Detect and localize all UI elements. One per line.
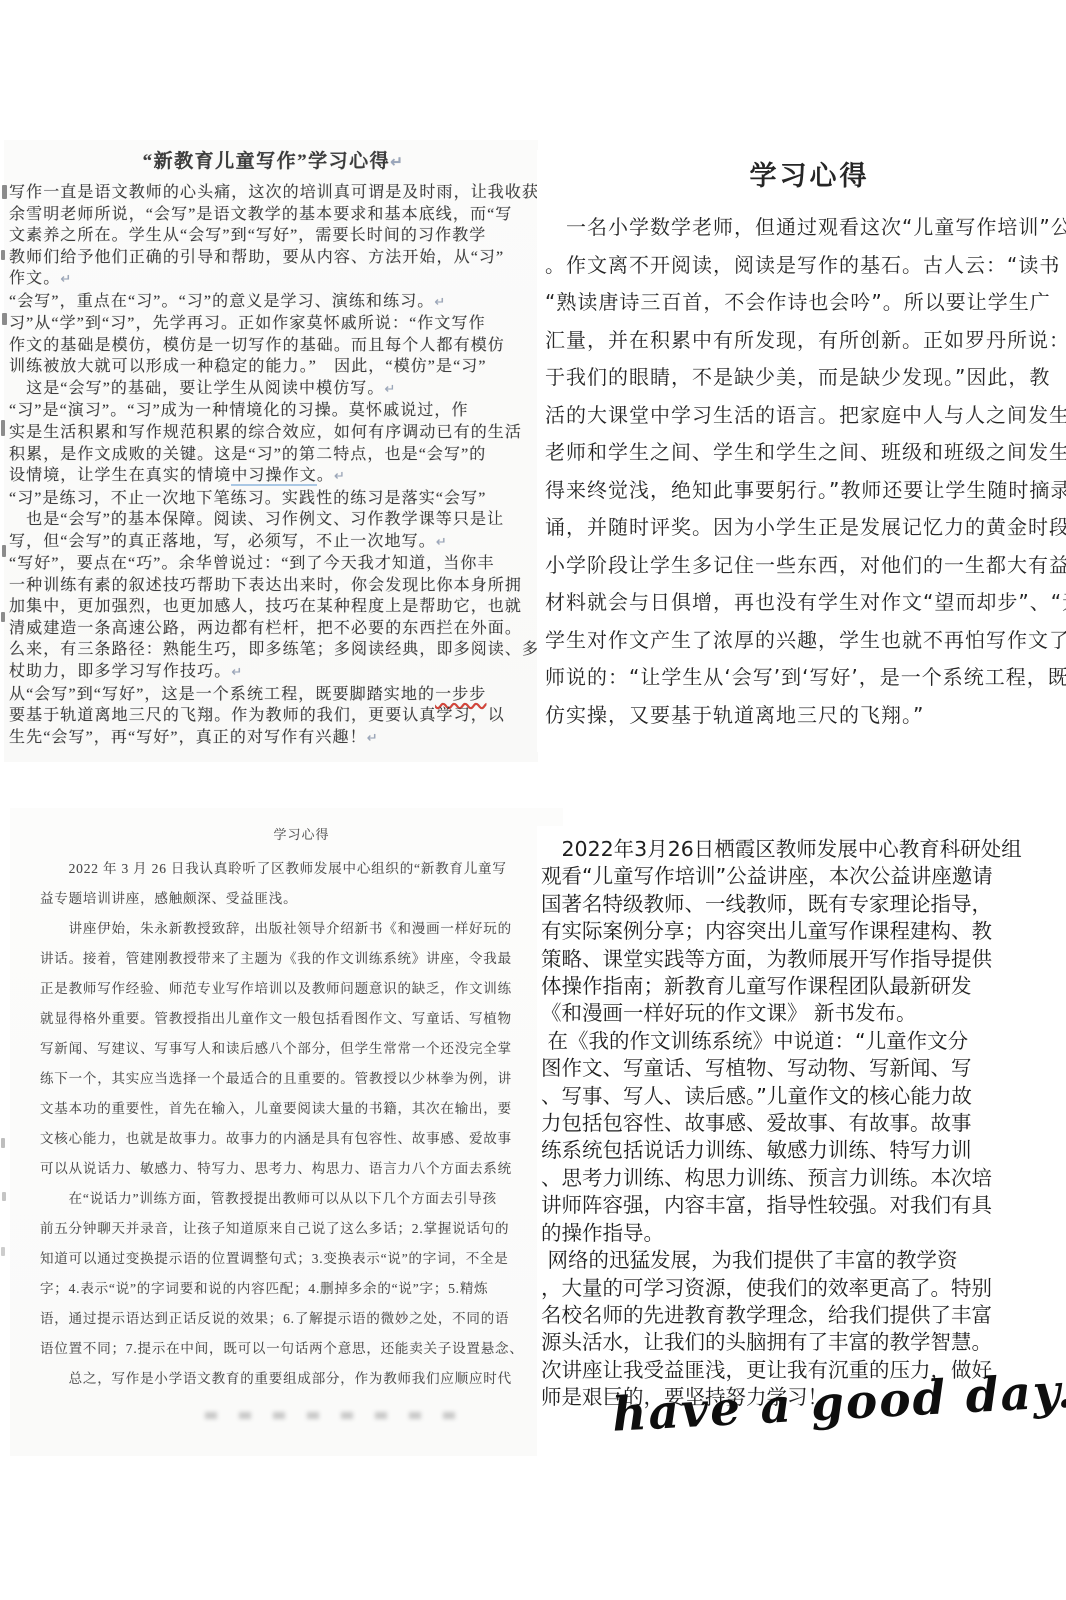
document-photo-top-right: 学习心得 一名小学数学老师，但通过观看这次“儿童写作培训”公益。作文离不开阅读，… <box>537 150 1066 752</box>
text-line: 训练被放大就可以形成一种稳定的能力。” 因此，“模仿”是“习” <box>9 356 538 378</box>
scan-artifact <box>1 420 5 436</box>
text-line: 写，但“会写”的真正落地，写，必须写，不止一次地写。↵ <box>9 531 538 554</box>
text-line: 生先“会写”，再“写好”，真正的对写作有兴趣！↵ <box>9 727 538 750</box>
paragraph-mark-icon: ↵ <box>334 469 346 484</box>
blue-underline: 中习操作文 <box>231 467 317 486</box>
text-line: “写好”，要点在“巧”。余华曾说过：“到了今天我才知道，当你丰 <box>9 553 538 575</box>
text-line: 总之，写作是小学语文教育的重要组成部分，作为教师我们应顺应时代 <box>40 1364 563 1394</box>
text-line: 材料就会与日俱增，再也没有学生对作文“望而却步”、“无 <box>545 584 1066 622</box>
text-line: 、思考力训练、构思力训练、预言力训练。本次培 <box>541 1165 1066 1192</box>
scan-artifact <box>1 612 5 622</box>
text-line: 图作文、写童话、写植物、写动物、写新闻、写 <box>541 1055 1066 1082</box>
scan-artifact <box>1 1247 5 1256</box>
text-line: 清威建造一条高速公路，两边都有栏杆，把不必要的东西拦在外面。 <box>9 618 538 640</box>
text-line: 实是生活积累和写作规范积累的综合效应，如何有序调动已有的生活 <box>9 422 538 444</box>
text-line: 在“说话力”训练方面，管教授提出教师可以从以下几个方面去引导孩 <box>40 1184 563 1214</box>
text-line: 字；4.表示“说”的字词要和说的内容匹配；4.删掉多余的“说”字；5.精炼 <box>40 1274 563 1304</box>
document-photo-top-left: “新教育儿童写作”学习心得↵ 写作一直是语文教师的心头痛，这次的培训真可谓是及时… <box>4 140 538 762</box>
text-line: 仿实操，又要基于轨道离地三尺的飞翔。” <box>545 697 1066 735</box>
text-line: 积累，是作文成败的关键。这是“习”的第二特点，也是“会写”的 <box>9 444 538 466</box>
doc-title-top-left: “新教育儿童写作”学习心得↵ <box>9 146 538 173</box>
text-line: 从“会写”到“写好”，这是一个系统工程，既要脚踏实地的一步步 <box>9 684 538 706</box>
text-line: 一种训练有素的叙述技巧帮助下表达出来时，你会发现比你本身所拥 <box>9 575 538 597</box>
text-line: 写新闻、写建议、写事写人和读后感八个部分，但学生常常一个还没完全掌 <box>40 1034 563 1064</box>
text-line: 教师们给予他们正确的引导和帮助，要从内容、方法开始，从“习” <box>9 247 538 269</box>
text-line: 力包括包容性、故事感、爱故事、有故事。故事 <box>541 1110 1066 1137</box>
paragraph-mark-icon: ↵ <box>390 153 404 171</box>
scan-artifact <box>2 545 6 557</box>
text-line: 在《我的作文训练系统》中说道：“儿童作文分 <box>541 1028 1066 1055</box>
text-line: 可以从说话力、敏感力、特写力、思考力、构思力、语言力八个方面去系统 <box>40 1154 563 1184</box>
text-line: 体操作指南；新教育儿童写作课程团队最新研发 <box>541 973 1066 1000</box>
paragraph-mark-icon: ↵ <box>434 295 446 310</box>
text-line: 知道可以通过变换提示语的位置调整句式；3.变换表示“说”的字词，不全是 <box>40 1244 563 1274</box>
text-line: 有实际案例分享；内容突出儿童写作课程建构、教 <box>541 918 1066 945</box>
text-line: 设情境，让学生在真实的情境中习操作文。↵ <box>9 465 538 488</box>
text-line: 。作文离不开阅读，阅读是写作的基石。古人云：“读书 <box>545 247 1066 285</box>
scan-artifact <box>1 1138 5 1148</box>
text-line: 《和漫画一样好玩的作文课》 新书发布。 <box>541 1000 1066 1027</box>
text-line: 网络的迅猛发展，为我们提供了丰富的教学资 <box>541 1247 1066 1274</box>
text-line: 老师和学生之间、学生和学生之间、班级和班级之间发生 <box>545 434 1066 472</box>
text-line: 活的大课堂中学习生活的语言。把家庭中人与人之间发生 <box>545 397 1066 435</box>
text-line: 于我们的眼睛，不是缺少美，而是缺少发现。”因此，教 <box>545 359 1066 397</box>
scan-artifact <box>1 250 5 260</box>
scan-artifact <box>2 313 7 325</box>
paragraph-mark-icon: ↵ <box>231 665 243 680</box>
text-line: ，大量的可学习资源，使我们的效率更高了。特别 <box>541 1275 1066 1302</box>
text-line: 余雪明老师所说，“会写”是语文教学的基本要求和基本底线，而“写 <box>9 204 538 226</box>
text-line: “习”是“演习”。“习”成为一种情境化的习操。莫怀戚说过，作 <box>9 400 538 422</box>
text-line: 讲师阵容强，内容丰富，指导性较强。对我们有具 <box>541 1192 1066 1219</box>
text-line: 讲话。接着，管建刚教授带来了主题为《我的作文训练系统》讲座，令我最 <box>40 944 563 974</box>
text-line: 加集中，更加强烈，也更加感人，技巧在某种程度上是帮助它，也就 <box>9 596 538 618</box>
text-line: 语位置不同；7.提示在中间，既可以一句话两个意思，还能卖关子设置悬念、 <box>40 1334 563 1364</box>
paragraph-mark-icon: ↵ <box>367 731 379 746</box>
scan-artifact <box>2 1192 6 1201</box>
text-line: 前五分钟聊天并录音，让孩子知道原来自己说了这么多话；2.掌握说话句的 <box>40 1214 563 1244</box>
smudge-line <box>205 1412 477 1419</box>
text-line: 么来，有三条路径：熟能生巧，即多练笔；多阅读经典，即多阅读、多 <box>9 639 538 661</box>
text-line: 就显得格外重要。管教授指出儿童作文一般包括看图作文、写童话、写植物 <box>40 1004 563 1034</box>
text-line: 正是教师写作经验、师范专业写作培训以及教师问题意识的缺乏，作文训练 <box>40 974 563 1004</box>
text-line: 习”从“学”到“习”，先学再习。正如作家莫怀戚所说：“作文写作 <box>9 313 538 335</box>
doc-title-top-right: 学习心得 <box>545 154 1066 193</box>
text-line: 作文的基础是模仿，模仿是一切写作的基础。而且每个人都有模仿 <box>9 335 538 357</box>
text-line: “会写”，重点在“习”。“习”的意义是学习、演练和练习。↵ <box>9 291 538 314</box>
text-line: 名校名师的先进教育教学理念，给我们提供了丰富 <box>541 1302 1066 1329</box>
text-line: 的操作指导。 <box>541 1220 1066 1247</box>
text-line: 要基于轨道离地三尺的飞翔。作为教师的我们，更要认真学习，以 <box>9 705 538 727</box>
text-block-bottom-left: 2022 年 3 月 26 日我认真聆听了区教师发展中心组织的“新教育儿童写益专… <box>40 854 563 1394</box>
scan-artifact <box>2 185 7 199</box>
text-line: 2022 年 3 月 26 日我认真聆听了区教师发展中心组织的“新教育儿童写 <box>40 854 563 884</box>
text-line: 师说的：“让学生从‘会写’到‘写好’，是一个系统工程，既要 <box>545 659 1066 697</box>
paragraph-mark-icon: ↵ <box>436 535 448 550</box>
text-line: 讲座伊始，朱永新教授致辞，出版社领导介绍新书《和漫画一样好玩的 <box>40 914 563 944</box>
text-line: 杖助力，即多学习写作技巧。↵ <box>9 661 538 684</box>
text-line: 汇量，并在积累中有所发现，有所创新。正如罗丹所说： <box>545 322 1066 360</box>
text-block-bottom-right: 2022年3月26日栖霞区教师发展中心教育科研处组观看“儿童写作培训”公益讲座，… <box>541 836 1066 1412</box>
text-line: 作文。↵ <box>9 268 538 291</box>
doc-title-bottom-left: 学习心得 <box>40 824 563 843</box>
paragraph-mark-icon: ↵ <box>385 382 397 397</box>
text-line: 得来终觉浅，绝知此事要躬行。”教师还要让学生随时摘录 <box>545 472 1066 510</box>
text-line: 益专题培训讲座，感触颇深、受益匪浅。 <box>40 884 563 914</box>
text-block-top-right: 一名小学数学老师，但通过观看这次“儿童写作培训”公益。作文离不开阅读，阅读是写作… <box>545 209 1066 734</box>
text-line: 观看“儿童写作培训”公益讲座，本次公益讲座邀请 <box>541 863 1066 890</box>
text-line: 文素养之所在。学生从“会写”到“写好”，需要长时间的习作教学 <box>9 225 538 247</box>
text-line: 文基本功的重要性，首先在输入，儿童要阅读大量的书籍，其次在输出，要 <box>40 1094 563 1124</box>
text-line: 源头活水，让我们的头脑拥有了丰富的教学智慧。 <box>541 1329 1066 1356</box>
text-line: 一名小学数学老师，但通过观看这次“儿童写作培训”公益 <box>545 209 1066 247</box>
text-line: 这是“会写”的基础，要让学生从阅读中模仿写。↵ <box>9 378 538 401</box>
scanned-documents-collage: “新教育儿童写作”学习心得↵ 写作一直是语文教师的心头痛，这次的培训真可谓是及时… <box>0 0 1066 1600</box>
text-line: “熟读唐诗三百首，不会作诗也会吟”。所以要让学生广 <box>545 284 1066 322</box>
document-photo-bottom-left: 学习心得 2022 年 3 月 26 日我认真聆听了区教师发展中心组织的“新教育… <box>10 808 563 1456</box>
text-line: 文核心能力，也就是故事力。故事力的内涵是具有包容性、故事感、爱故事 <box>40 1124 563 1154</box>
text-line: 练下一个，其实应当选择一个最适合的且重要的。管教授以少林拳为例，讲 <box>40 1064 563 1094</box>
text-line: 、写事、写人、读后感。”儿童作文的核心能力故 <box>541 1083 1066 1110</box>
text-line: 也是“会写”的基本保障。阅读、习作例文、习作教学课等只是让 <box>9 509 538 531</box>
text-line: 写作一直是语文教师的心头痛，这次的培训真可谓是及时雨，让我收获 <box>9 182 538 204</box>
text-line: 学生对作文产生了浓厚的兴趣，学生也就不再怕写作文了。 <box>545 622 1066 660</box>
text-line: 国著名特级教师、一线教师，既有专家理论指导， <box>541 891 1066 918</box>
text-line: 2022年3月26日栖霞区教师发展中心教育科研处组 <box>541 836 1066 863</box>
text-line: 语，通过提示语达到正话反说的效果；6.了解提示语的微妙之处，不同的语 <box>40 1304 563 1334</box>
text-line: “习”是练习，不止一次地下笔练习。实践性的练习是落实“会写” <box>9 488 538 510</box>
text-block-top-left: 写作一直是语文教师的心头痛，这次的培训真可谓是及时雨，让我收获余雪明老师所说，“… <box>9 182 538 749</box>
text-line: 策略、课堂实践等方面，为教师展开写作指导提供 <box>541 946 1066 973</box>
text-line: 小学阶段让学生多记住一些东西，对他们的一生都大有益 <box>545 547 1066 585</box>
text-line: 诵，并随时评奖。因为小学生正是发展记忆力的黄金时段 <box>545 509 1066 547</box>
text-line: 练系统包括说话力训练、敏感力训练、特写力训 <box>541 1137 1066 1164</box>
red-wavy: 一步步 <box>435 686 486 703</box>
paragraph-mark-icon: ↵ <box>60 272 72 287</box>
